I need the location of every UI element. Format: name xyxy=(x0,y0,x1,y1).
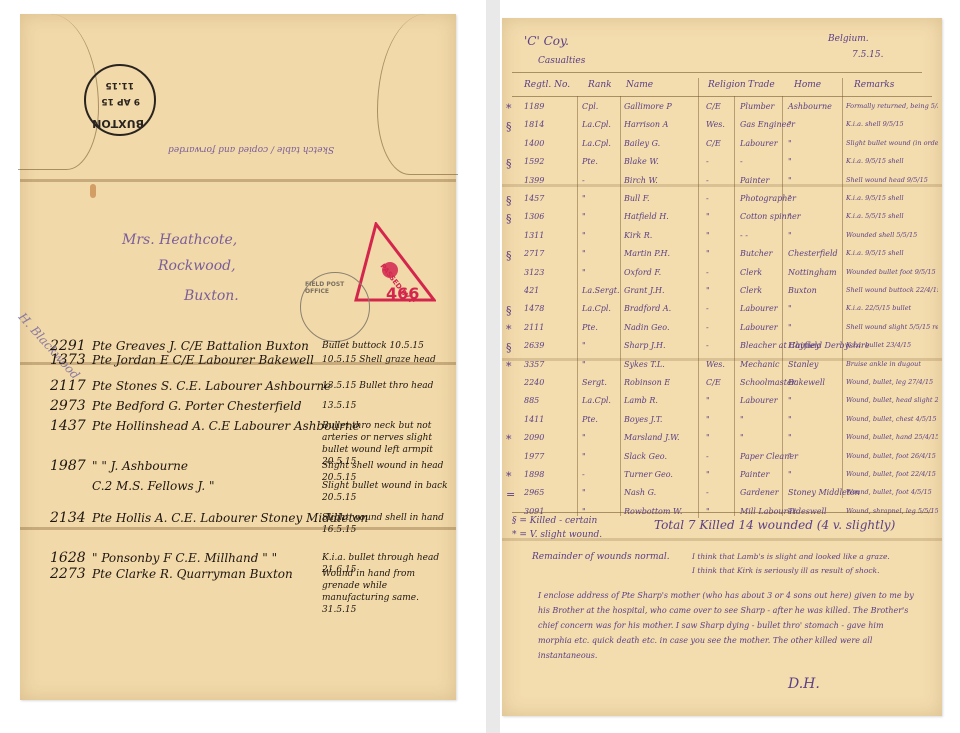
cell-religion: - xyxy=(706,176,709,185)
entry-text: C.2 M.S. Fellows J. " xyxy=(92,479,214,493)
cell-trade: Mechanic xyxy=(740,360,780,369)
cell-no: 2111 xyxy=(524,323,544,332)
cell-home: " xyxy=(788,396,792,405)
cell-remarks: Slight bullet wound (in order) in hand -… xyxy=(846,139,938,147)
table-bottom-rule xyxy=(512,512,932,513)
cell-no: 1457 xyxy=(524,194,544,203)
entry-remark: Slight wound shell in hand 16.5.15 xyxy=(322,512,454,536)
cell-home: Bakewell xyxy=(788,378,825,387)
cell-no: 1977 xyxy=(524,452,544,461)
cell-rank: " xyxy=(582,488,586,497)
table-row: 1411Pte.Boyes J.T."""Wound, bullet, ches… xyxy=(502,415,942,430)
envelope-flap-right xyxy=(377,14,458,175)
table-row: §1306"Hatfield H."Cotton spinner"K.i.a. … xyxy=(502,212,942,227)
cell-remarks: Wound, bullet, hand 25/4/15 slight - sin… xyxy=(846,433,938,441)
cell-name: Grant J.H. xyxy=(624,286,665,295)
cell-trade: Labourer xyxy=(740,304,778,313)
cell-trade: " xyxy=(740,433,744,442)
cell-name: Kirk R. xyxy=(624,231,652,240)
cell-home: Nottingham xyxy=(788,268,837,277)
cell-home: " xyxy=(788,323,792,332)
cell-trade: - xyxy=(740,157,743,166)
cell-mark: * xyxy=(506,102,512,115)
cell-religion: C/E xyxy=(706,102,721,111)
cell-remarks: K.i.a. 22/5/15 bullet xyxy=(846,304,938,312)
postmark-time: 11.15 xyxy=(106,80,134,90)
cell-rank: " xyxy=(582,360,586,369)
cell-home: " xyxy=(788,452,792,461)
table-row: *1189Cpl.Gallimore PC/EPlumberAshbourneF… xyxy=(502,102,942,117)
table-row: 1400La.Cpl.Bailey G.C/ELabourer"Slight b… xyxy=(502,139,942,154)
cell-trade: - - xyxy=(740,231,748,240)
cell-home: " xyxy=(788,212,792,221)
legend-killed: § = Killed - certain xyxy=(512,516,597,526)
cell-religion: - xyxy=(706,323,709,332)
cell-remarks: Wound, bullet, head slight 27/4/15 xyxy=(846,396,938,404)
cell-rank: " xyxy=(582,249,586,258)
field-post-office-postmark: FIELD POST OFFICE xyxy=(300,272,370,342)
postmark-town: BUXTON xyxy=(92,117,144,130)
addressee-line-1: Mrs. Heathcote, xyxy=(122,232,237,248)
cell-religion: " xyxy=(706,286,710,295)
table-row: §1478La.Cpl.Bradford A.-Labourer"K.i.a. … xyxy=(502,304,942,319)
table-row: §2639"Sharp J.H.-Bleacher at ChinleyHayf… xyxy=(502,341,942,356)
table-row: §1592Pte.Blake W.--"K.i.a. 9/5/15 shell xyxy=(502,157,942,172)
cell-religion: - xyxy=(706,341,709,350)
cell-home: " xyxy=(788,139,792,148)
cell-trade: Clerk xyxy=(740,286,762,295)
cell-remarks: K.i.a. shell 9/5/15 xyxy=(846,120,938,128)
cell-home: " xyxy=(788,176,792,185)
cell-name: Sykes T.L. xyxy=(624,360,665,369)
entry-remark: 13.5.15 xyxy=(322,400,454,412)
cell-rank: Pte. xyxy=(582,323,598,332)
cell-name: Martin P.H. xyxy=(624,249,670,258)
cell-remarks: K.i.a. 5/5/15 shell xyxy=(846,212,938,220)
header-rule xyxy=(512,72,922,73)
cell-rank: Cpl. xyxy=(582,102,598,111)
cell-remarks: Wound, bullet, leg 27/4/15 xyxy=(846,378,938,386)
cell-no: 3123 xyxy=(524,268,544,277)
entry-number: 1373 xyxy=(50,352,86,368)
cell-name: Robinson E xyxy=(624,378,670,387)
censor-number: 466 xyxy=(386,284,419,303)
cell-remarks: Wound, bullet, foot 4/5/15 xyxy=(846,488,938,496)
note-sharp: I enclose address of Pte Sharp's mother … xyxy=(538,588,918,663)
cell-home: " xyxy=(788,231,792,240)
cell-mark: * xyxy=(506,323,512,336)
cell-religion: " xyxy=(706,415,710,424)
cell-home: Stanley xyxy=(788,360,818,369)
cell-name: Bailey G. xyxy=(624,139,660,148)
cell-name: Nadin Geo. xyxy=(624,323,670,332)
cell-name: Bradford A. xyxy=(624,304,671,313)
cell-home: " xyxy=(788,120,792,129)
cell-trade: Painter xyxy=(740,176,769,185)
cell-remarks: K.i.a. 9/5/15 shell xyxy=(846,194,938,202)
entry-number: 1987 xyxy=(50,458,86,474)
cell-rank: La.Cpl. xyxy=(582,304,611,313)
cell-mark: § xyxy=(506,249,512,262)
cell-home: " xyxy=(788,433,792,442)
header-bottom-rule xyxy=(512,96,932,97)
table-row: *2090"Marsland J.W."""Wound, bullet, han… xyxy=(502,433,942,448)
cell-rank: " xyxy=(582,212,586,221)
cell-remarks: Wounded shell 5/5/15 xyxy=(846,231,938,239)
cell-rank: " xyxy=(582,452,586,461)
cell-religion: Wes. xyxy=(706,360,725,369)
table-row: 2240Sergt.Robinson EC/ESchoolmasterBakew… xyxy=(502,378,942,393)
table-row: 421La.Sergt.Grant J.H."ClerkBuxtonShell … xyxy=(502,286,942,301)
table-row: =2965"Nash G.-GardenerStoney MiddletonWo… xyxy=(502,488,942,503)
cell-religion: " xyxy=(706,231,710,240)
entry-number: 2117 xyxy=(50,378,86,394)
cell-no: 2240 xyxy=(524,378,544,387)
cell-mark: § xyxy=(506,120,512,133)
cell-religion: - xyxy=(706,452,709,461)
cell-trade: Clerk xyxy=(740,268,762,277)
cell-religion: - xyxy=(706,488,709,497)
cell-name: Blake W. xyxy=(624,157,659,166)
cell-no: 1898 xyxy=(524,470,544,479)
cell-mark: § xyxy=(506,194,512,207)
table-row: 1977"Slack Geo.-Paper Cleaner"Wound, bul… xyxy=(502,452,942,467)
addressee-line-3: Buxton. xyxy=(184,288,239,304)
total-line: Total 7 Killed 14 wounded (4 v. slightly… xyxy=(654,518,895,532)
cell-home: " xyxy=(788,157,792,166)
company-label: 'C' Coy. xyxy=(524,34,569,48)
cell-no: 1306 xyxy=(524,212,544,221)
cell-home: " xyxy=(788,415,792,424)
table-row: 3123"Oxford F.-ClerkNottinghamWounded bu… xyxy=(502,268,942,283)
cell-remarks: Formally returned, being 5/5/15 for slig… xyxy=(846,102,938,110)
cell-name: Boyes J.T. xyxy=(624,415,662,424)
buxton-postmark: BUXTON 9 AP 15 11.15 xyxy=(84,64,156,136)
stain-mark xyxy=(90,184,96,198)
column-header: Religion xyxy=(708,80,746,90)
cell-rank: La.Sergt. xyxy=(582,286,620,295)
column-header: Regtl. No. xyxy=(524,80,570,90)
entry-number: 2134 xyxy=(50,510,86,526)
location: Belgium. xyxy=(828,34,869,44)
cell-rank: " xyxy=(582,341,586,350)
column-header: Home xyxy=(794,80,821,90)
table-row: §1814La.Cpl.Harrison AWes.Gas Engineer"K… xyxy=(502,120,942,135)
table-row: 1311"Kirk R."- -"Wounded shell 5/5/15 xyxy=(502,231,942,246)
cell-trade: Labourer xyxy=(740,139,778,148)
cell-name: Marsland J.W. xyxy=(624,433,680,442)
cell-rank: " xyxy=(582,231,586,240)
cell-trade: " xyxy=(740,415,744,424)
cell-no: 2639 xyxy=(524,341,544,350)
cell-religion: " xyxy=(706,433,710,442)
entry-text: Pte Bedford G. Porter Chesterfield xyxy=(92,399,302,413)
cell-trade: Gardener xyxy=(740,488,779,497)
cell-rank: Pte. xyxy=(582,415,598,424)
cell-mark: * xyxy=(506,360,512,373)
cell-mark: § xyxy=(506,304,512,317)
legend-slight: * = V. slight wound. xyxy=(512,530,602,540)
cell-name: Gallimore P xyxy=(624,102,672,111)
column-header: Remarks xyxy=(854,80,894,90)
cell-no: 1400 xyxy=(524,139,544,148)
postmark-label: FIELD POST OFFICE xyxy=(305,281,369,295)
cell-rank: " xyxy=(582,268,586,277)
cell-home: Ashbourne xyxy=(788,102,832,111)
cell-no: 2965 xyxy=(524,488,544,497)
table-row: *2111Pte.Nadin Geo.-Labourer"Shell wound… xyxy=(502,323,942,338)
cell-rank: - xyxy=(582,176,585,185)
cell-mark: § xyxy=(506,341,512,354)
cell-remarks: Wound, bullet, foot 22/4/15 since return… xyxy=(846,470,938,478)
cell-religion: C/E xyxy=(706,378,721,387)
cell-no: 421 xyxy=(524,286,539,295)
cell-name: Harrison A xyxy=(624,120,668,129)
cell-religion: " xyxy=(706,396,710,405)
cell-religion: Wes. xyxy=(706,120,725,129)
cell-religion: C/E xyxy=(706,139,721,148)
cell-name: Oxford F. xyxy=(624,268,661,277)
table-row: §1457"Bull F.-Photographer"K.i.a. 9/5/15… xyxy=(502,194,942,209)
cell-mark: § xyxy=(506,157,512,170)
entry-remark: Slight bullet wound in back 20.5.15 xyxy=(322,480,454,504)
subtitle: Casualties xyxy=(538,56,585,66)
entry-number: 1437 xyxy=(50,418,86,434)
cell-remarks: Bruise ankle in dugout xyxy=(846,360,938,368)
cell-remarks: K.i.a. 9/5/15 shell xyxy=(846,249,938,257)
cell-no: 1399 xyxy=(524,176,544,185)
table-row: *1898-Turner Geo."Painter"Wound, bullet,… xyxy=(502,470,942,485)
cell-home: Buxton xyxy=(788,286,817,295)
entry-remark: Wound in hand from grenade while manufac… xyxy=(322,568,454,616)
cell-religion: - xyxy=(706,157,709,166)
cell-trade: Painter xyxy=(740,470,769,479)
cell-name: Lamb R. xyxy=(624,396,658,405)
cell-rank: Pte. xyxy=(582,157,598,166)
entry-number: 2273 xyxy=(50,566,86,582)
cell-rank: Sergt. xyxy=(582,378,607,387)
entry-number: 1628 xyxy=(50,550,86,566)
cell-remarks: Shell wound slight 5/5/15 returned to du… xyxy=(846,323,938,331)
cell-remarks: Wound, shrapnel, leg 5/5/15 xyxy=(846,507,938,515)
cell-rank: La.Cpl. xyxy=(582,120,611,129)
cell-trade: Plumber xyxy=(740,102,774,111)
cell-religion: - xyxy=(706,304,709,313)
note-lamb: I think that Lamb's is slight and looked… xyxy=(692,552,890,561)
cell-mark: * xyxy=(506,433,512,446)
upside-down-note: Sketch table / copied and forwarded xyxy=(168,144,334,154)
cell-no: 2717 xyxy=(524,249,544,258)
cell-home: Chesterfield xyxy=(788,249,838,258)
addressee-line-2: Rockwood, xyxy=(158,258,236,274)
cell-no: 3357 xyxy=(524,360,544,369)
entry-text: Pte Hollinshead A. C.E Labourer Ashbourn… xyxy=(92,419,360,433)
casualty-list-sheet: 'C' Coy. Casualties Belgium. 7.5.15. Reg… xyxy=(502,18,942,716)
entry-text: Pte Clarke R. Quarryman Buxton xyxy=(92,567,293,581)
cell-remarks: K.i.a. bullet 23/4/15 xyxy=(846,341,938,349)
table-row: 1399-Birch W.-Painter"Shell wound head 9… xyxy=(502,176,942,191)
cell-remarks: Shell wound head 9/5/15 xyxy=(846,176,938,184)
cell-mark: § xyxy=(506,212,512,225)
cell-home: " xyxy=(788,470,792,479)
cell-mark: * xyxy=(506,470,512,483)
cell-name: Birch W. xyxy=(624,176,658,185)
cell-name: Bull F. xyxy=(624,194,650,203)
cell-mark: = xyxy=(506,488,515,501)
cell-home: " xyxy=(788,194,792,203)
cell-no: 885 xyxy=(524,396,539,405)
column-header: Name xyxy=(626,80,653,90)
cell-religion: - xyxy=(706,268,709,277)
cell-no: 1814 xyxy=(524,120,544,129)
column-header: Rank xyxy=(588,80,612,90)
cell-remarks: Shell wound buttock 22/4/15 xyxy=(846,286,938,294)
entry-text: Pte Jordan E C/E Labourer Bakewell xyxy=(92,353,314,367)
cell-trade: Butcher xyxy=(740,249,772,258)
cell-name: Slack Geo. xyxy=(624,452,667,461)
cell-trade: Labourer xyxy=(740,396,778,405)
cell-religion: " xyxy=(706,212,710,221)
entry-text: " " J. Ashbourne xyxy=(92,459,188,473)
fold-line xyxy=(20,179,456,182)
note-kirk: I think that Kirk is seriously ill as re… xyxy=(692,566,879,575)
cell-no: 1478 xyxy=(524,304,544,313)
column-header: Trade xyxy=(748,80,775,90)
table-row: *3357"Sykes T.L.Wes.MechanicStanleyBruis… xyxy=(502,360,942,375)
cell-rank: " xyxy=(582,433,586,442)
cell-no: 1189 xyxy=(524,102,544,111)
cell-religion: - xyxy=(706,194,709,203)
entry-remark: 13.5.15 Bullet thro head xyxy=(322,380,454,392)
cell-no: 2090 xyxy=(524,433,544,442)
cell-rank: - xyxy=(582,470,585,479)
cell-no: 1592 xyxy=(524,157,544,166)
entry-number: 2973 xyxy=(50,398,86,414)
cell-remarks: K.i.a. 9/5/15 shell xyxy=(846,157,938,165)
cell-name: Hatfield H. xyxy=(624,212,669,221)
cell-name: Sharp J.H. xyxy=(624,341,666,350)
entry-text: Pte Stones S. C.E. Labourer Ashbourne xyxy=(92,379,331,393)
table-row: 885La.Cpl.Lamb R."Labourer"Wound, bullet… xyxy=(502,396,942,411)
cell-home: " xyxy=(788,304,792,313)
date: 7.5.15. xyxy=(852,50,884,60)
entry-remark: 10.5.15 Shell graze head xyxy=(322,354,454,366)
cell-name: Nash G. xyxy=(624,488,656,497)
cell-remarks: Wound, bullet, chest 4/5/15 xyxy=(846,415,938,423)
cell-name: Turner Geo. xyxy=(624,470,673,479)
table-row: §2717"Martin P.H."ButcherChesterfieldK.i… xyxy=(502,249,942,264)
entry-text: Pte Greaves J. C/E Battalion Buxton xyxy=(92,339,309,353)
signature: D.H. xyxy=(788,676,820,692)
cell-religion: " xyxy=(706,249,710,258)
page-divider xyxy=(486,0,500,733)
entry-remark: Bullet buttock 10.5.15 xyxy=(322,340,454,352)
cell-rank: La.Cpl. xyxy=(582,396,611,405)
cell-rank: La.Cpl. xyxy=(582,139,611,148)
cell-no: 1411 xyxy=(524,415,544,424)
note-remainder: Remainder of wounds normal. xyxy=(532,552,670,562)
cell-trade: Gas Engineer xyxy=(740,120,795,129)
postmark-date: 9 AP 15 xyxy=(101,96,140,106)
cell-religion: " xyxy=(706,470,710,479)
entry-text: " Ponsonby F C.E. Millhand " " xyxy=(92,551,277,565)
cell-rank: " xyxy=(582,194,586,203)
cell-no: 1311 xyxy=(524,231,544,240)
cell-remarks: Wounded bullet foot 9/5/15 xyxy=(846,268,938,276)
cell-trade: Labourer xyxy=(740,323,778,332)
cell-remarks: Wound, bullet, foot 26/4/15 xyxy=(846,452,938,460)
